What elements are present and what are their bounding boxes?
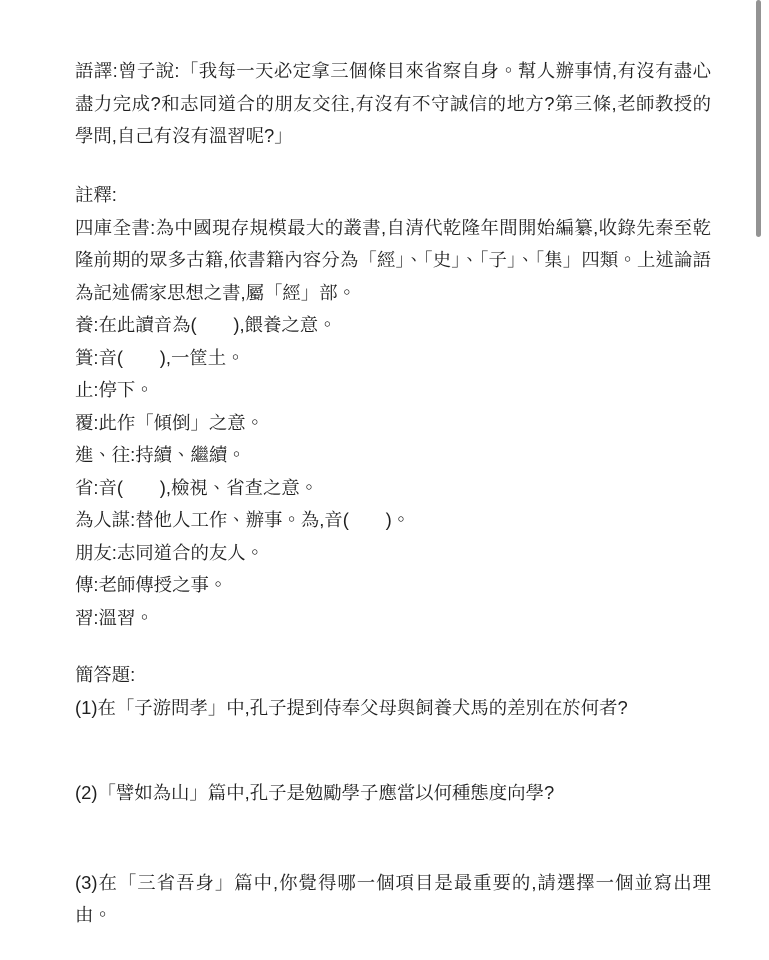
note-item-zhi: 止:停下。 bbox=[75, 374, 711, 407]
question-2: (2)「譬如為山」篇中,孔子是勉勵學子應當以何種態度向學? bbox=[75, 777, 711, 810]
note-item-xi: 習:溫習。 bbox=[75, 602, 711, 635]
note-item-jin-wang: 進、往:持續、繼續。 bbox=[75, 439, 711, 472]
question-3: (3)在「三省吾身」篇中,你覺得哪一個項目是最重要的,請選擇一個並寫出理由。 bbox=[75, 867, 711, 932]
short-answer-heading: 簡答題: bbox=[75, 659, 711, 692]
scrollbar-thumb[interactable] bbox=[756, 0, 761, 237]
note-item-wei-ren-mou: 為人謀:替他人工作、辦事。為,音( )。 bbox=[75, 504, 711, 537]
note-item-pengyou: 朋友:志同道合的友人。 bbox=[75, 537, 711, 570]
note-item-yang: 養:在此讀音為( ),餵養之意。 bbox=[75, 309, 711, 342]
note-item-chuan: 傳:老師傳授之事。 bbox=[75, 569, 711, 602]
translation-paragraph: 語譯:曾子說:「我每一天必定拿三個條目來省察自身。幫人辦事情,有沒有盡心盡力完成… bbox=[75, 55, 711, 153]
notes-heading: 註釋: bbox=[75, 179, 711, 212]
document-page: 語譯:曾子說:「我每一天必定拿三個條目來省察自身。幫人辦事情,有沒有盡心盡力完成… bbox=[0, 0, 769, 960]
note-item-fu: 覆:此作「傾倒」之意。 bbox=[75, 407, 711, 440]
document-content: 語譯:曾子說:「我每一天必定拿三個條目來省察自身。幫人辦事情,有沒有盡心盡力完成… bbox=[75, 55, 711, 932]
note-item-sikuquanshu: 四庫全書:為中國現存規模最大的叢書,自清代乾隆年間開始編纂,收錄先秦至乾隆前期的… bbox=[75, 212, 711, 310]
note-item-kui: 簣:音( ),一筐土。 bbox=[75, 342, 711, 375]
note-item-xing: 省:音( ),檢視、省查之意。 bbox=[75, 472, 711, 505]
question-1: (1)在「子游問孝」中,孔子提到侍奉父母與飼養犬馬的差別在於何者? bbox=[75, 692, 711, 725]
